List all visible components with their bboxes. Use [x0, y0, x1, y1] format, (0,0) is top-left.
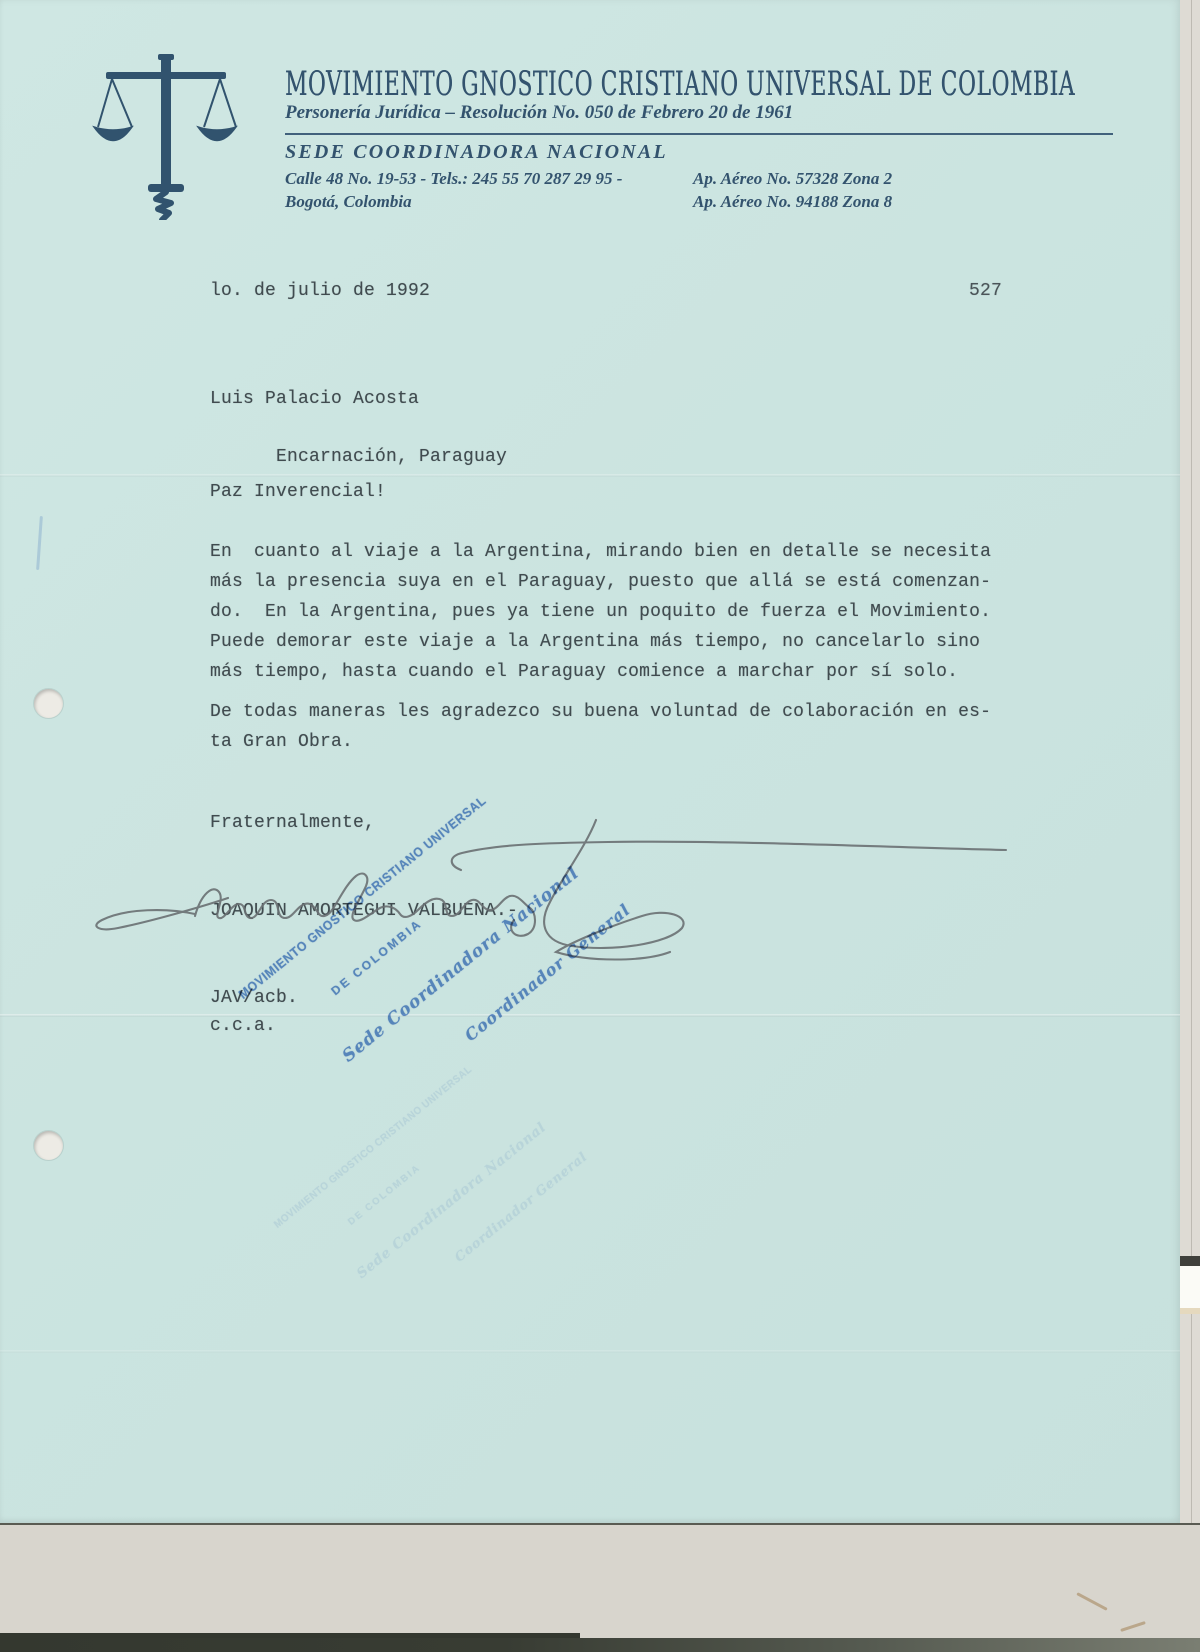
signature-handwriting	[78, 812, 1038, 982]
address-pobox-2: Ap. Aéreo No. 94188 Zona 8	[693, 190, 892, 213]
recipient-place: Encarnación, Paraguay	[276, 447, 507, 467]
paper-crease	[0, 1014, 1180, 1017]
scanner-debris	[1120, 1621, 1146, 1632]
scanner-dark-edge	[0, 1638, 1200, 1652]
body-paragraph-1: En cuanto al viaje a la Argentina, miran…	[210, 537, 1040, 627]
scanner-tan-band	[1180, 1308, 1200, 1314]
body-paragraph-3: De todas maneras les agradezco su buena …	[210, 697, 1040, 757]
date-row: lo. de julio de 1992 527	[210, 276, 1002, 306]
address-pobox-1: Ap. Aéreo No. 57328 Zona 2	[693, 167, 892, 190]
letter-paper: MOVIMIENTO GNOSTICO CRISTIANO UNIVERSAL …	[0, 0, 1180, 1523]
address-city: Bogotá, Colombia	[285, 190, 693, 213]
salutation: Paz Inverencial!	[210, 477, 386, 507]
letterhead-divider	[285, 133, 1113, 135]
paper-crease	[0, 474, 1180, 477]
org-name: MOVIMIENTO GNOSTICO CRISTIANO UNIVERSAL …	[285, 64, 1075, 104]
date-line: lo. de julio de 1992	[210, 276, 430, 306]
paper-crease	[0, 1350, 1180, 1353]
recipient-name: Luis Palacio Acosta	[210, 389, 419, 409]
scanner-edge-right	[1180, 0, 1200, 1523]
punch-hole	[34, 689, 63, 718]
office-line: SEDE COORDINADORA NACIONAL	[285, 141, 668, 164]
recipient-block: Luis Palacio Acosta Encarnación, Paragua…	[210, 385, 507, 472]
margin-pen-mark	[36, 516, 43, 570]
folio-number: 527	[969, 276, 1002, 306]
scanner-dark-band	[1180, 1256, 1200, 1266]
body-paragraph-2: Puede demorar este viaje a la Argentina …	[210, 627, 1040, 687]
legal-line: Personería Jurídica – Resolución No. 050…	[285, 102, 793, 124]
address-street: Calle 48 No. 19-53 - Tels.: 245 55 70 28…	[285, 167, 693, 190]
rubber-stamp-ghost: MOVIMIENTO GNOSTICO CRISTIANO UNIVERSAL …	[271, 1036, 596, 1341]
scanned-letter-page: MOVIMIENTO GNOSTICO CRISTIANO UNIVERSAL …	[0, 0, 1200, 1652]
punch-hole	[34, 1131, 63, 1160]
scanner-debris	[1076, 1592, 1107, 1611]
scales-of-justice-icon	[92, 52, 240, 220]
reference-initials: JAV/acb.	[210, 983, 298, 1013]
letterhead-address: Calle 48 No. 19-53 - Tels.: 245 55 70 28…	[285, 167, 892, 213]
cc-line: c.c.a.	[210, 1011, 276, 1041]
scanner-white-band	[1180, 1266, 1200, 1308]
